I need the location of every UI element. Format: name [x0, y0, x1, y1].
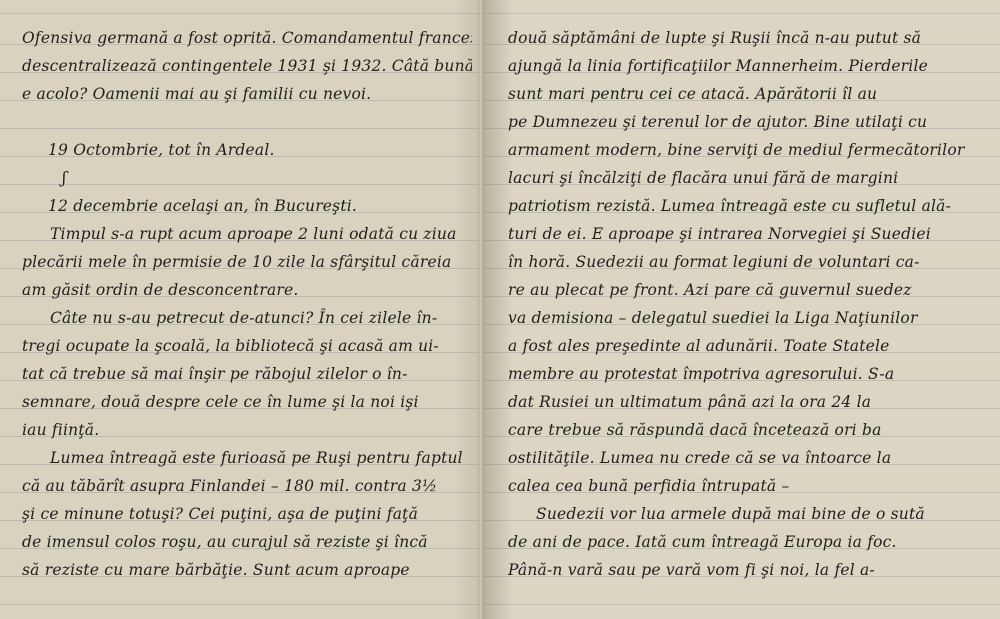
- handwritten-line: lacuri şi încălziţi de flacăra unui fără…: [508, 164, 986, 192]
- handwritten-line: Lumea întreagă este furioasă pe Ruşi pen…: [22, 444, 472, 472]
- handwritten-line: a fost ales preşedinte al adunării. Toat…: [508, 332, 986, 360]
- handwritten-line: turi de ei. E aproape şi intrarea Norveg…: [508, 220, 986, 248]
- handwritten-line: membre au protestat împotriva agresorulu…: [508, 360, 986, 388]
- handwritten-line: tregi ocupate la şcoală, la bibliotecă ş…: [22, 332, 472, 360]
- handwritten-line: plecării mele în permisie de 10 zile la …: [22, 248, 472, 276]
- handwritten-line: de imensul colos roşu, au curajul să rez…: [22, 528, 472, 556]
- handwritten-line: patriotism rezistă. Lumea întreagă este …: [508, 192, 986, 220]
- handwritten-line: va demisiona – delegatul suediei la Liga…: [508, 304, 986, 332]
- handwritten-line: descentralizează contingentele 1931 şi 1…: [22, 52, 472, 80]
- handwritten-line: re au plecat pe front. Azi pare că guver…: [508, 276, 986, 304]
- handwritten-line: am găsit ordin de desconcentrare.: [22, 276, 472, 304]
- handwritten-line: de ani de pace. Iată cum întreagă Europa…: [508, 528, 986, 556]
- handwritten-line: Suedezii vor lua armele după mai bine de…: [508, 500, 986, 528]
- handwritten-line: Timpul s-a rupt acum aproape 2 luni odat…: [22, 220, 472, 248]
- handwritten-line: care trebue să răspundă dacă încetează o…: [508, 416, 986, 444]
- handwritten-line: Câte nu s-au petrecut de-atunci? În cei …: [22, 304, 472, 332]
- handwritten-line: ostilităţile. Lumea nu crede că se va în…: [508, 444, 986, 472]
- handwritten-line: Ofensiva germană a fost oprită. Comandam…: [22, 24, 472, 52]
- handwritten-line: în horă. Suedezii au format legiuni de v…: [508, 248, 986, 276]
- handwritten-line: Până-n vară sau pe vară vom fi şi noi, l…: [508, 556, 986, 584]
- notebook-spine: [478, 0, 484, 619]
- handwritten-line: calea cea bună perfidia întrupată –: [508, 472, 986, 500]
- handwritten-line: pe Dumnezeu şi terenul lor de ajutor. Bi…: [508, 108, 986, 136]
- date-heading: 12 decembrie acelaşi an, în Bucureşti.: [22, 192, 472, 220]
- handwritten-line: două săptămâni de lupte şi Ruşii încă n-…: [508, 24, 986, 52]
- handwritten-line: iau fiinţă.: [22, 416, 472, 444]
- handwritten-line: ajungă la linia fortificaţiilor Mannerhe…: [508, 52, 986, 80]
- handwritten-line: să reziste cu mare bărbăţie. Sunt acum a…: [22, 556, 472, 584]
- handwritten-line: şi ce minune totuşi? Cei puţini, aşa de …: [22, 500, 472, 528]
- open-notebook: Ofensiva germană a fost oprită. Comandam…: [0, 0, 1000, 619]
- handwritten-line: e acolo? Oamenii mai au şi familii cu ne…: [22, 80, 472, 108]
- handwritten-line: semnare, două despre cele ce în lume şi …: [22, 388, 472, 416]
- handwritten-line: tat că trebue să mai înşir pe răbojul zi…: [22, 360, 472, 388]
- handwritten-line: dat Rusiei un ultimatum până azi la ora …: [508, 388, 986, 416]
- handwritten-line: sunt mari pentru cei ce atacă. Apărători…: [508, 80, 986, 108]
- handwritten-line: armament modern, bine serviţi de mediul …: [508, 136, 986, 164]
- date-heading: 19 Octombrie, tot în Ardeal.: [22, 136, 472, 164]
- left-page: Ofensiva germană a fost oprită. Comandam…: [0, 0, 482, 619]
- blank-line: [22, 108, 472, 136]
- handwritten-line: că au tăbărît asupra Finlandei – 180 mil…: [22, 472, 472, 500]
- right-page: două săptămâni de lupte şi Ruşii încă n-…: [482, 0, 1000, 619]
- separator-mark: ʃ: [22, 164, 472, 192]
